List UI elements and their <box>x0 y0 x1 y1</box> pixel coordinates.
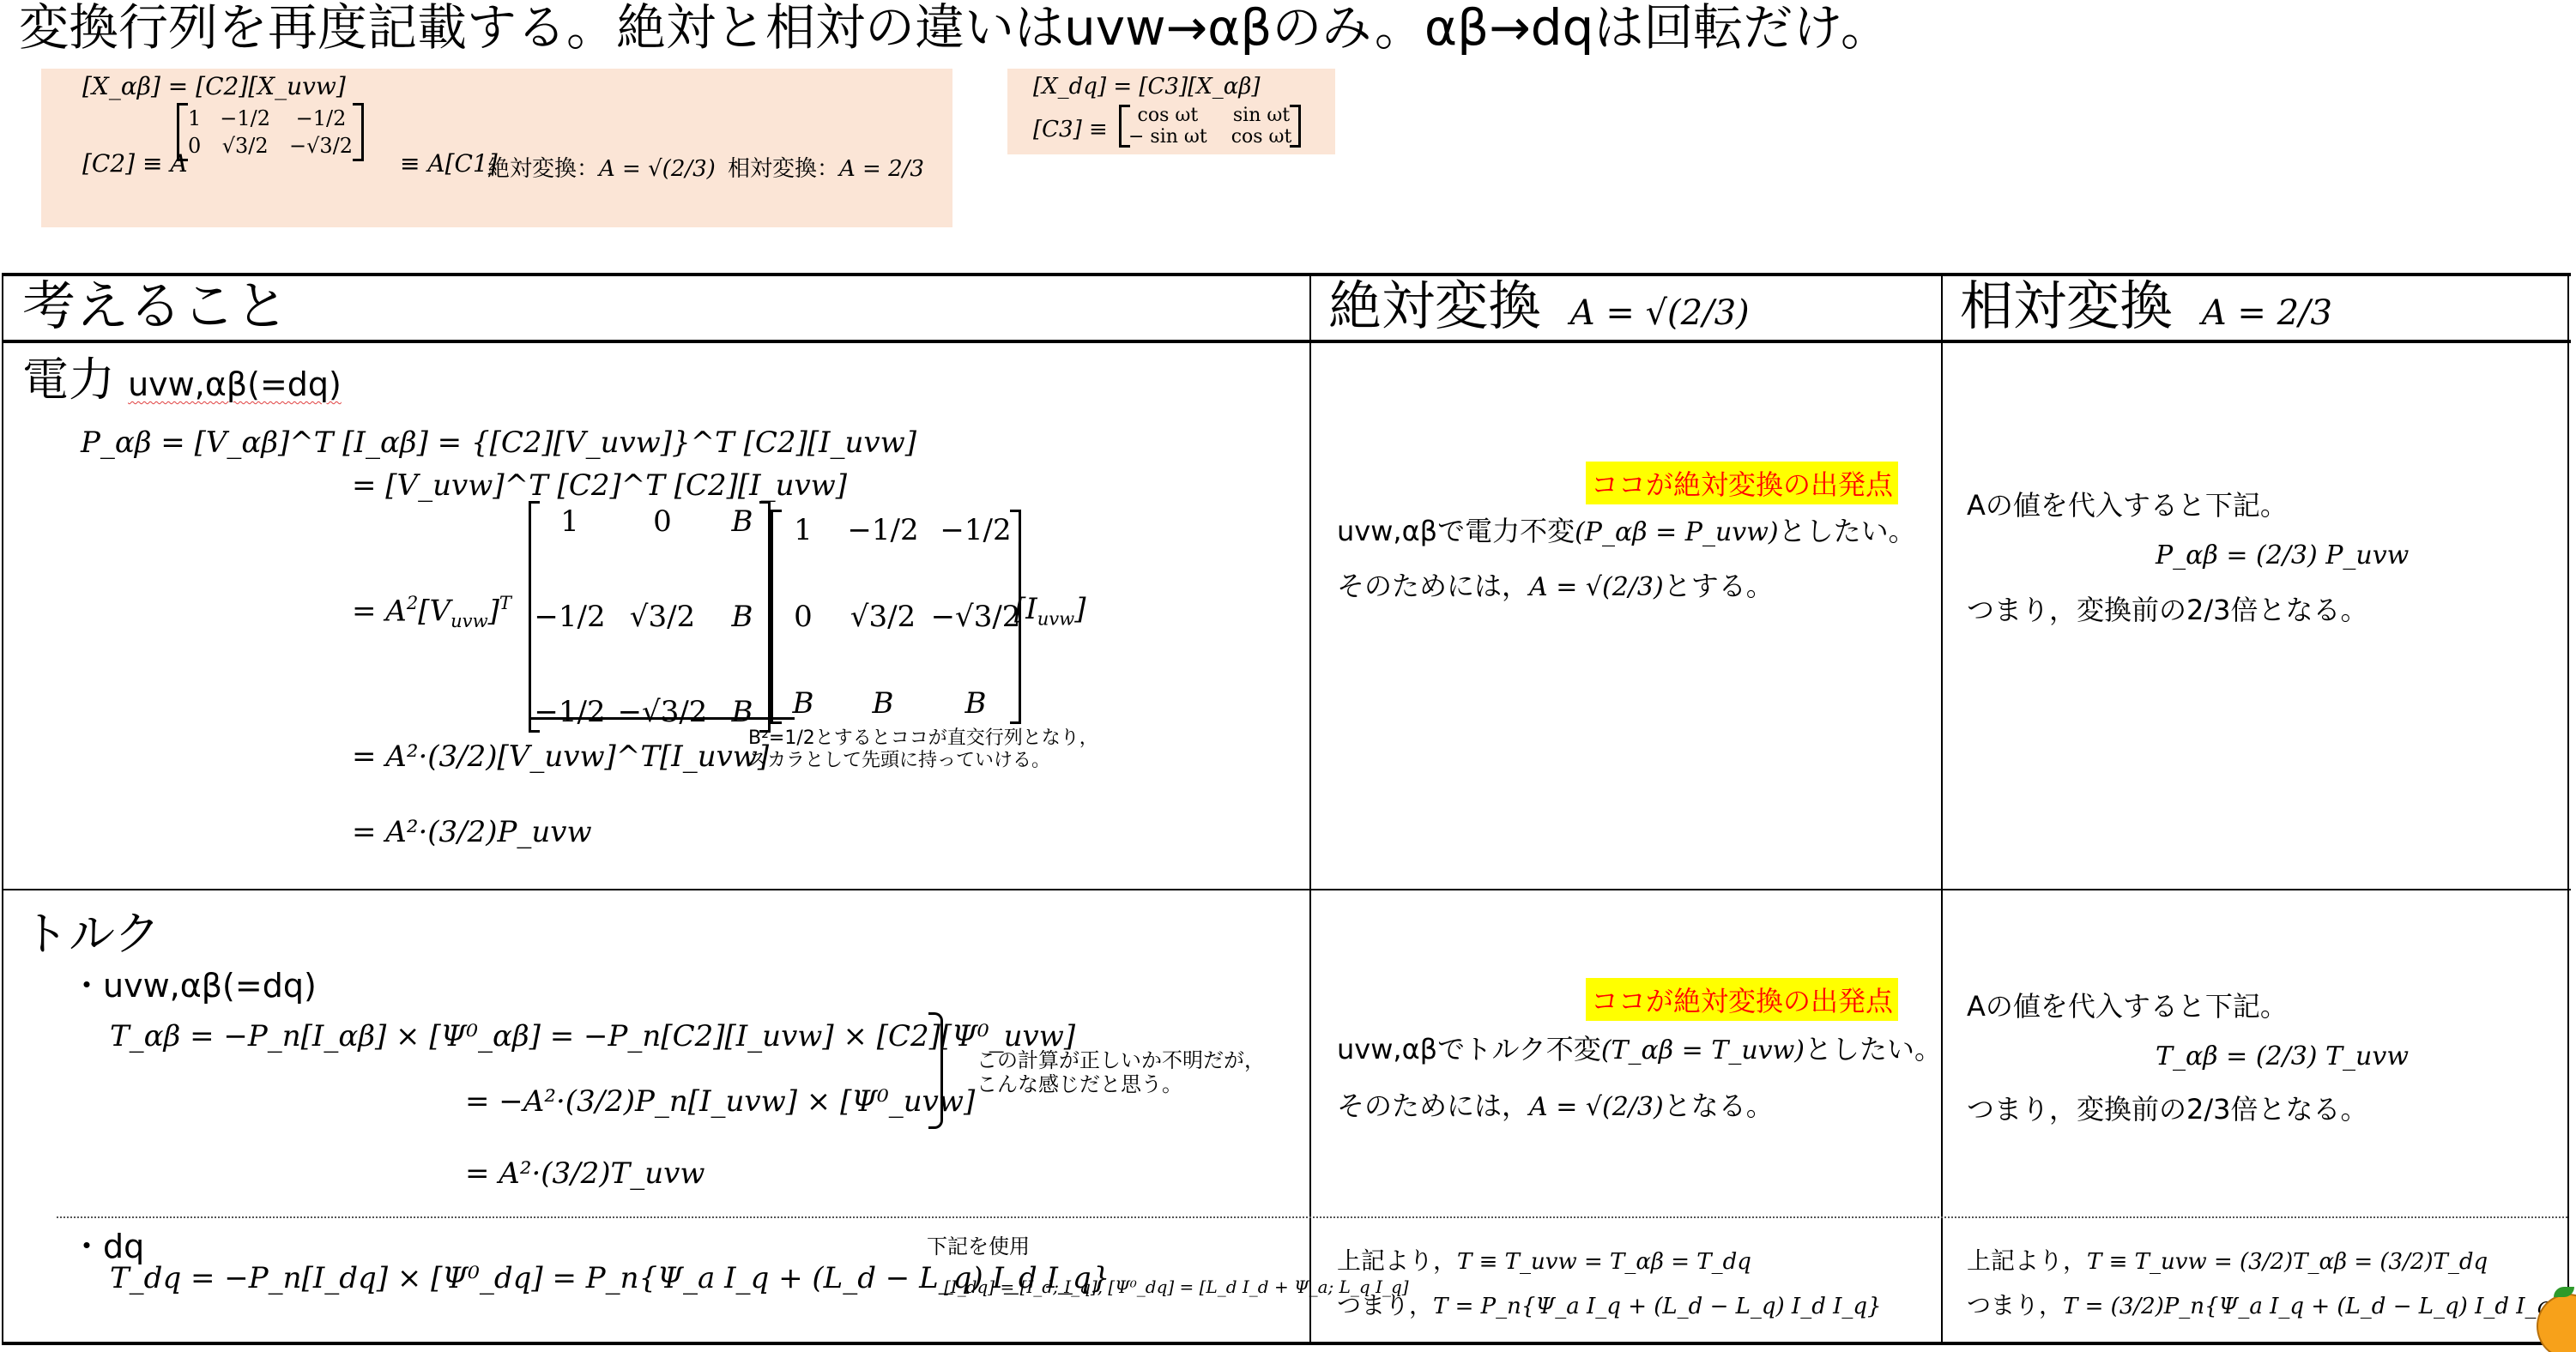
header-considerations: 考えること <box>22 276 288 336</box>
power-c2-matrix: 1 −1/2 −1/2 0 √3/2 −√3/2 B B B <box>771 510 1021 724</box>
xab-equation: [X_αβ] = [C2][X_uvw] <box>82 72 346 100</box>
header-relative: 相対変換 A = 2/3 <box>1960 276 2332 343</box>
dq-note-title: 下記を使用 <box>927 1235 1030 1258</box>
orthogonal-note: B²=1/2とするとココが直交行列となり， スカラとして先頭に持っていける。 <box>748 727 1098 772</box>
table-bottom-border <box>2 1342 2571 1345</box>
dq-dotted-divider <box>57 1216 2567 1218</box>
torque-relative-line-2: つまり，変換前の2/3倍となる。 <box>1967 1088 2368 1127</box>
power-relative-formula: P_αβ = (2/3) P_uvw <box>2156 540 2409 570</box>
power-eq-line-2: = [V_uvw]^T [C2]^T [C2][I_uvw] <box>352 468 847 503</box>
c1-relation: ≡ A[C1] <box>400 149 498 178</box>
torque-relative-dq-line-2: つまり，T = (3/2)P_n{Ψ_a I_q + (L_d − L_q) I… <box>1967 1287 2565 1321</box>
power-heading: 電力 uvw,αβ(=dq) <box>22 343 342 409</box>
power-relative-line-1: Aの値を代入すると下記。 <box>1967 484 2288 523</box>
torque-absolute-line-1: uvw,αβでトルク不変(T_αβ = T_uvw)としたい。 <box>1337 1028 1942 1067</box>
table-right-border <box>2567 273 2569 1345</box>
power-i-uvw: [Iuvw] <box>1014 592 1086 629</box>
starting-point-highlight-torque: ココが絶対変換の出発点 <box>1586 978 1898 1021</box>
col-divider-2 <box>1941 273 1943 1345</box>
xdq-equation: [X_dq] = [C3][X_αβ] <box>1033 74 1261 100</box>
power-eq-line-5: = A²·(3/2)P_uvw <box>352 815 592 849</box>
power-absolute-line-2: そのためには，A = √(2/3)とする。 <box>1337 564 1774 604</box>
comparison-table: 考えること 絶対変換 A = √(2/3) 相対変換 A = 2/3 電力 uv… <box>2 273 2571 1345</box>
page-title: 変換行列を再度記載する。絶対と相対の違いはuvw→αβのみ。αβ→dqは回転だけ… <box>19 0 1890 60</box>
c3-lhs: [C3] ≡ <box>1033 117 1108 142</box>
torque-heading: トルク <box>22 897 160 963</box>
col-divider-1 <box>1309 273 1311 1345</box>
right-brace-icon <box>928 1012 943 1129</box>
torque-relative-dq-line-1: 上記より，T ≡ T_uvw = (3/2)T_αβ = (3/2)T_dq <box>1967 1242 2488 1277</box>
torque-absolute-dq-line-1: 上記より，T ≡ T_uvw = T_αβ = T_dq <box>1337 1242 1751 1277</box>
torque-absolute-line-2: そのためには，A = √(2/3)となる。 <box>1337 1084 1774 1124</box>
torque-eq-line-3: = A²·(3/2)T_uvw <box>465 1156 704 1191</box>
row-divider <box>2 889 2571 890</box>
absolute-def: 絶対変換：A = √(2/3) <box>487 151 716 183</box>
c2-matrix: 1 −1/2 −1/2 0 √3/2 −√3/2 <box>177 103 364 161</box>
power-absolute-line-1: uvw,αβで電力不変(P_αβ = P_uvw)としたい。 <box>1337 510 1916 549</box>
header-absolute: 絶対変換 A = √(2/3) <box>1328 276 1750 343</box>
power-eq-line-1: P_αβ = [V_αβ]^T [I_αβ] = {[C2][V_uvw]}^T… <box>81 426 916 460</box>
c2-formula-box: [X_αβ] = [C2][X_uvw] [C2] ≡ A 1 −1/2 −1/… <box>41 69 952 227</box>
relative-def: 相対変換：A = 2/3 <box>728 151 924 183</box>
table-left-border <box>2 273 3 1345</box>
c3-formula-box: [X_dq] = [C3][X_αβ] [C3] ≡ cos ωt sin ωt… <box>1007 69 1335 154</box>
orthogonal-underline <box>530 717 795 720</box>
torque-absolute-dq-line-2: つまり，T = P_n{Ψ_a I_q + (L_d − L_q) I_d I_… <box>1337 1287 1882 1321</box>
power-transpose-matrix: 1 0 B −1/2 √3/2 B −1/2 −√3/2 B <box>529 501 771 733</box>
c2-lhs: [C2] ≡ A <box>82 149 188 178</box>
torque-relative-formula: T_αβ = (2/3) T_uvw <box>2156 1041 2409 1071</box>
power-relative-line-2: つまり，変換前の2/3倍となる。 <box>1967 588 2368 628</box>
torque-uncertain-note: この計算が正しいか不明だが， こんな感じだと思う。 <box>977 1048 1265 1096</box>
torque-eq-line-2: = −A²·(3/2)P_n[I_uvw] × [Ψ⁰_uvw] <box>465 1084 975 1119</box>
starting-point-highlight-power: ココが絶対変換の出発点 <box>1586 462 1898 504</box>
torque-sub-dq: ・dq <box>70 1220 144 1267</box>
power-eq-line-3-prefix: = A2[Vuvw]T <box>352 592 511 631</box>
c3-matrix: cos ωt sin ωt − sin ωt cos ωt <box>1119 105 1301 148</box>
power-eq-line-4: = A²·(3/2)[V_uvw]^T[I_uvw] <box>352 739 769 774</box>
torque-sub-uvw: ・uvw,αβ(=dq) <box>70 959 317 1006</box>
torque-relative-line-1: Aの値を代入すると下記。 <box>1967 985 2288 1024</box>
